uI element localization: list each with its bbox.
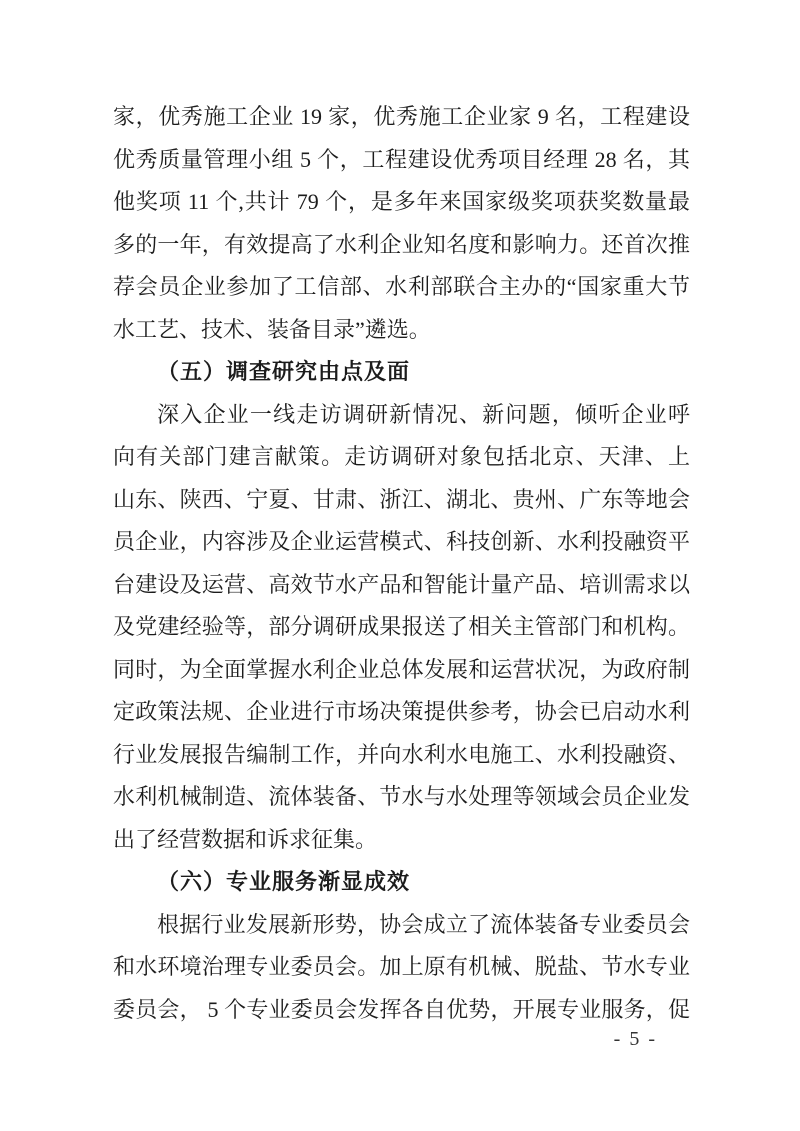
text-line: 荐会员企业参加了工信部、水利部联合主办的“国家重大节 (113, 266, 690, 309)
text-line: 同时，为全面掌握水利企业总体发展和运营状况，为政府制 (113, 649, 690, 692)
text-line: 山东、陕西、宁夏、甘肃、浙江、湖北、贵州、广东等地会 (113, 479, 690, 522)
text-line: 及党建经验等，部分调研成果报送了相关主管部门和机构。 (113, 606, 690, 649)
text-line: 员企业，内容涉及企业运营模式、科技创新、水利投融资平 (113, 521, 690, 564)
section-heading: （五）调查研究由点及面 (113, 351, 690, 394)
document-page: 家，优秀施工企业 19 家，优秀施工企业家 9 名，工程建设优秀质量管理小组 5… (0, 0, 800, 1131)
text-line: 台建设及运营、高效节水产品和智能计量产品、培训需求以 (113, 564, 690, 607)
document-content: 家，优秀施工企业 19 家，优秀施工企业家 9 名，工程建设优秀质量管理小组 5… (113, 96, 690, 1031)
text-line: 家，优秀施工企业 19 家，优秀施工企业家 9 名，工程建设 (113, 96, 690, 139)
text-line: 深入企业一线走访调研新情况、新问题，倾听企业呼声， (113, 394, 690, 437)
page-number: - 5 - (0, 1028, 800, 1050)
text-line: 定政策法规、企业进行市场决策提供参考，协会已启动水利 (113, 691, 690, 734)
text-line: 优秀质量管理小组 5 个，工程建设优秀项目经理 28 名，其 (113, 139, 690, 182)
text-line: 水利机械制造、流体装备、节水与水处理等领域会员企业发 (113, 776, 690, 819)
text-line: 根据行业发展新形势，协会成立了流体装备专业委员会 (113, 904, 690, 947)
text-line: 和水环境治理专业委员会。加上原有机械、脱盐、节水专业 (113, 946, 690, 989)
text-line: 向有关部门建言献策。走访调研对象包括北京、天津、上海、 (113, 436, 690, 479)
text-line: 他奖项 11 个,共计 79 个，是多年来国家级奖项获奖数量最 (113, 181, 690, 224)
text-line: 委员会， 5 个专业委员会发挥各自优势，开展专业服务，促 (113, 989, 690, 1032)
text-line: 行业发展报告编制工作，并向水利水电施工、水利投融资、 (113, 734, 690, 777)
text-line: 出了经营数据和诉求征集。 (113, 819, 690, 862)
text-line: 水工艺、技术、装备目录”遴选。 (113, 309, 690, 352)
text-line: 多的一年，有效提高了水利企业知名度和影响力。还首次推 (113, 224, 690, 267)
section-heading: （六）专业服务渐显成效 (113, 861, 690, 904)
